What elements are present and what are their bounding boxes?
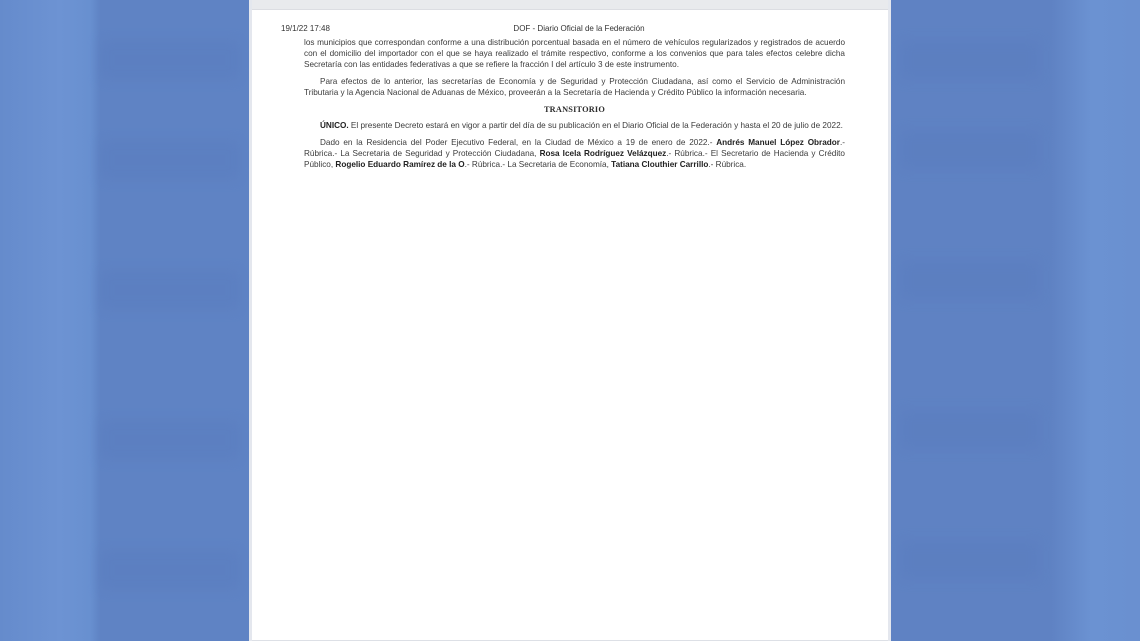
paragraph-unico: ÚNICO. El presente Decreto estará en vig… — [304, 121, 845, 132]
blurred-shape — [900, 40, 1040, 80]
blurred-shape — [900, 410, 1040, 450]
blurred-shape — [900, 260, 1040, 300]
signer-name: Tatiana Clouthier Carrillo — [611, 160, 708, 169]
blurred-shape — [900, 540, 1040, 580]
paragraph-efectos: Para efectos de lo anterior, las secreta… — [304, 77, 845, 99]
section-title-transitorio: TRANSITORIO — [304, 105, 845, 116]
page-edge — [249, 0, 252, 641]
paragraph-municipios: los municipios que correspondan conforme… — [304, 38, 845, 71]
document-body: los municipios que correspondan conforme… — [304, 38, 845, 171]
document-page: 19/1/22 17:48 DOF - Diario Oficial de la… — [249, 0, 891, 641]
signature-text: .- Rúbrica.- La Secretaria de Economía, — [465, 160, 612, 169]
blurred-shape — [900, 130, 1040, 170]
blurred-shape — [100, 270, 240, 310]
document-header-title: DOF - Diario Oficial de la Federación — [249, 24, 891, 33]
signer-name: Rogelio Eduardo Ramírez de la O — [335, 160, 464, 169]
page-top-border — [249, 0, 891, 10]
paragraph-signatures: Dado en la Residencia del Poder Ejecutiv… — [304, 138, 845, 171]
blurred-shape — [100, 140, 240, 180]
blurred-shape — [100, 420, 240, 460]
page-edge — [888, 0, 891, 641]
blurred-shape — [100, 40, 240, 80]
signature-intro: Dado en la Residencia del Poder Ejecutiv… — [320, 138, 716, 147]
signer-name: Andrés Manuel López Obrador — [716, 138, 840, 147]
signature-text: .- Rúbrica. — [708, 160, 746, 169]
unico-label: ÚNICO. — [320, 121, 349, 130]
blurred-shape — [100, 550, 240, 590]
signer-name: Rosa Icela Rodríguez Velázquez — [540, 149, 667, 158]
unico-text: El presente Decreto estará en vigor a pa… — [349, 121, 843, 130]
